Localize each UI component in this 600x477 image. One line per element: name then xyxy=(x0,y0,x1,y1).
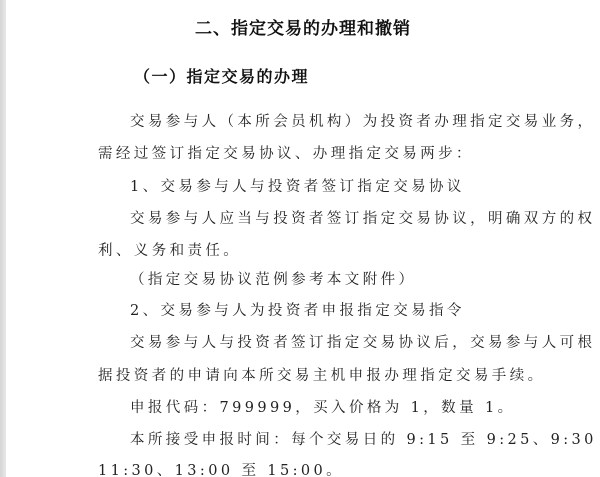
paragraph-line: 据投资者的申请向本所交易主机申报办理指定交易手续。 xyxy=(98,364,546,385)
paragraph-line: 11:30、13:00 至 15:00。 xyxy=(98,459,344,477)
paragraph-line: 本所接受申报时间：每个交易日的 9:15 至 9:25、9:30 至 xyxy=(130,428,600,449)
document-page: 二、指定交易的办理和撤销 （一）指定交易的办理 交易参与人（本所会员机构）为投资… xyxy=(6,0,600,477)
paragraph-line: 申报代码：799999，买入价格为 1，数量 1。 xyxy=(130,396,516,417)
paragraph-line: 交易参与人与投资者签订指定交易协议后，交易参与人可根 xyxy=(130,331,595,352)
subsection-heading: （一）指定交易的办理 xyxy=(134,64,309,87)
paragraph-line: 交易参与人应当与投资者签订指定交易协议，明确双方的权 xyxy=(130,207,595,228)
list-item-heading: 1、交易参与人与投资者签订指定交易协议 xyxy=(130,175,465,196)
paragraph-line: 利、义务和责任。 xyxy=(98,239,241,260)
paragraph-line: 需经过签订指定交易协议、办理指定交易两步： xyxy=(98,142,474,163)
note-line: （指定交易协议范例参考本文附件） xyxy=(130,268,416,289)
paragraph-line: 交易参与人（本所会员机构）为投资者办理指定交易业务， xyxy=(130,110,595,131)
list-item-heading: 2、交易参与人为投资者申报指定交易指令 xyxy=(130,299,465,320)
section-heading: 二、指定交易的办理和撤销 xyxy=(6,14,600,39)
